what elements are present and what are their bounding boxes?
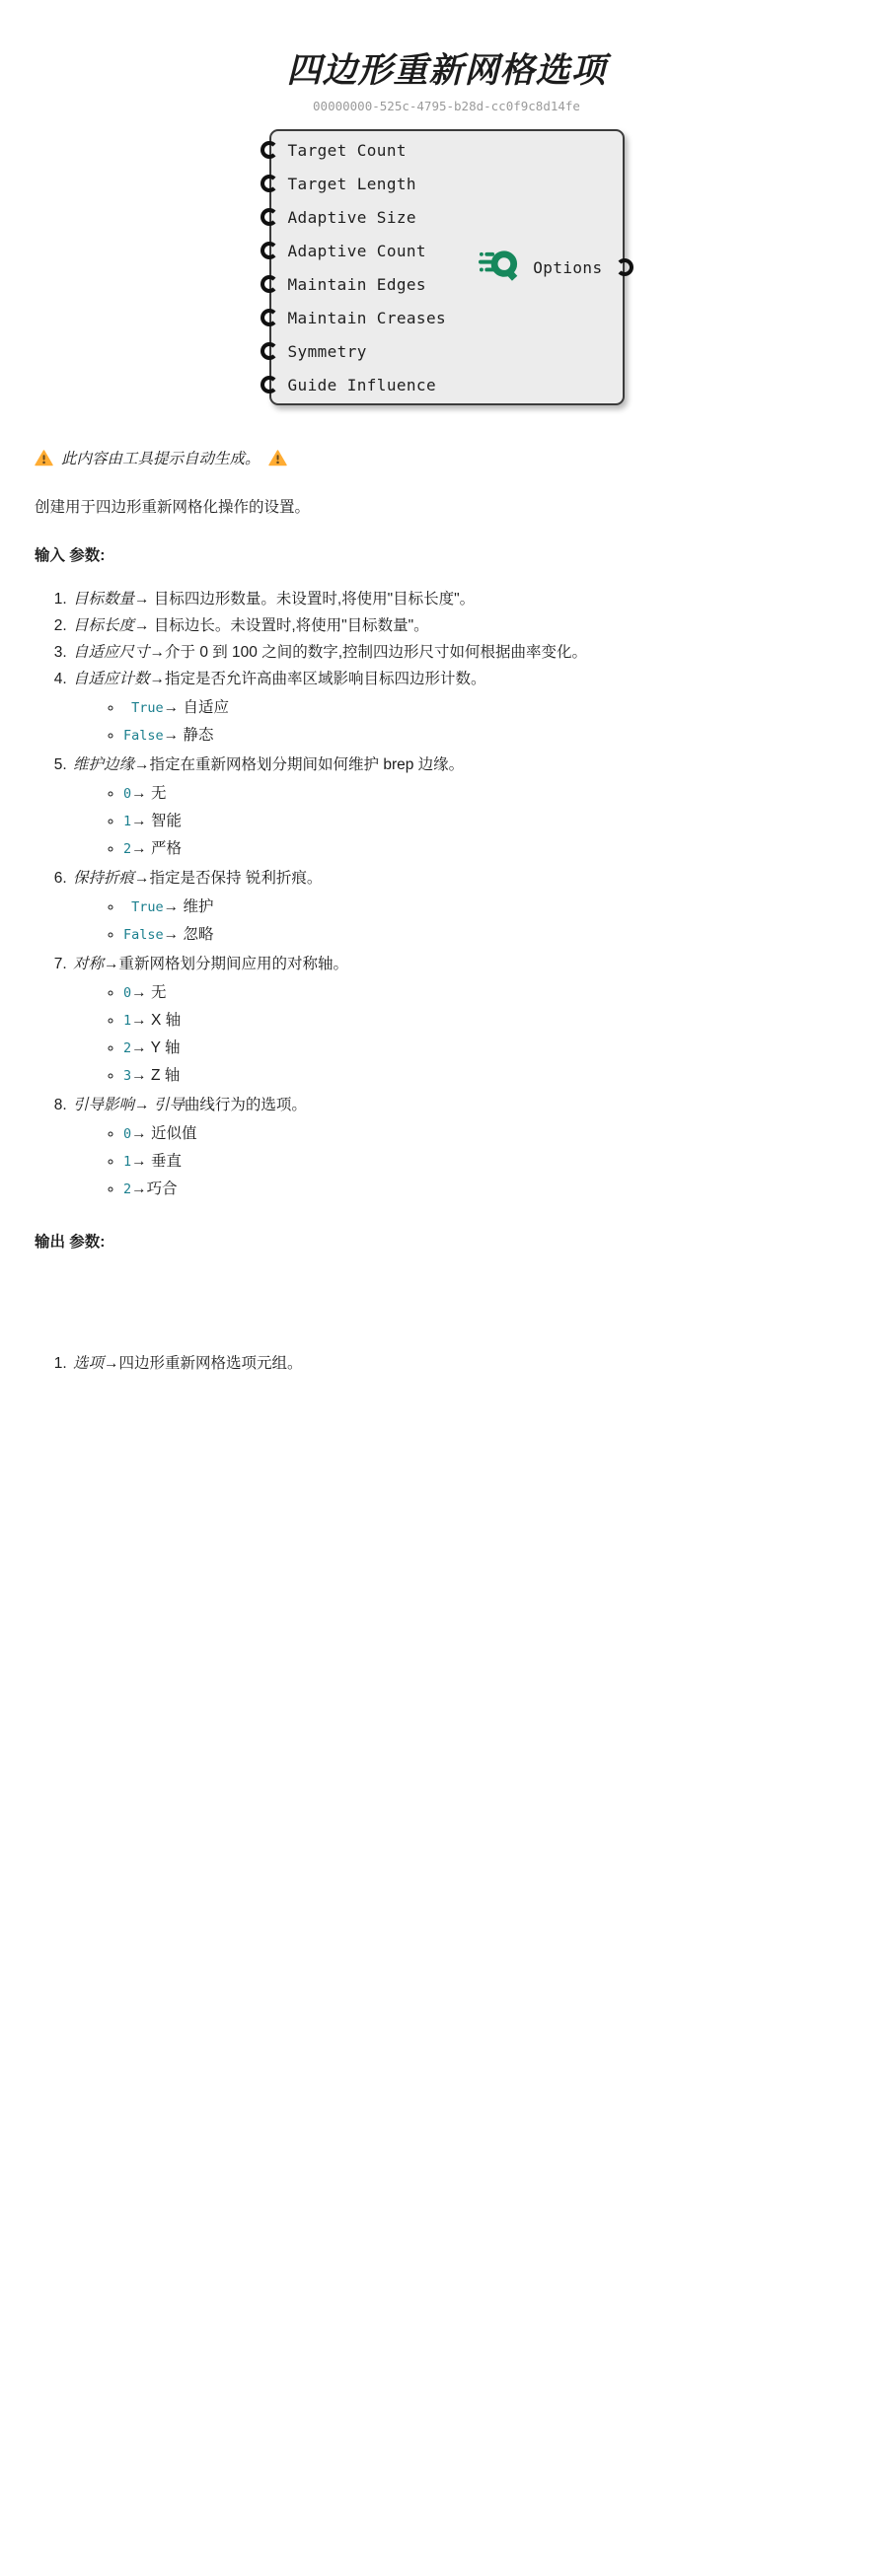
option-value: 1 [123, 814, 131, 829]
node-input-row: Target Count [271, 133, 623, 167]
param-option: 2→ 严格 [123, 835, 858, 863]
node-input-row: Symmetry [271, 334, 623, 368]
inputs-heading-text: 输入 参数: [35, 547, 105, 564]
input-params-list: 目标数量→ 目标四边形数量。未设置时,将使用"目标长度"。目标长度→ 目标边长。… [35, 586, 858, 1203]
option-value: 2 [123, 841, 131, 857]
input-port-label: Maintain Creases [271, 309, 447, 327]
input-param: 保持折痕→指定是否保持 锐利折痕。 True→ 维护False→ 忽略 [71, 865, 858, 949]
option-desc: → 智能 [131, 813, 182, 829]
notice-text: 此内容由工具提示自动生成。 [61, 447, 260, 468]
input-port [260, 376, 278, 394]
param-option: 0→ 近似值 [123, 1120, 858, 1148]
option-value: 3 [123, 1068, 131, 1084]
quadremesh-icon [478, 248, 520, 287]
option-desc: → Y 轴 [131, 1039, 180, 1056]
option-desc: → 严格 [131, 840, 182, 857]
outputs-heading: 输出 参数: [35, 1230, 858, 1252]
param-desc: 曲线行为的选项。 [185, 1097, 307, 1113]
input-port [260, 275, 278, 293]
outputs-heading-text: 输出 参数: [35, 1234, 105, 1251]
title-block: 四边形重新网格选项 00000000-525c-4795-b28d-cc0f9c… [35, 51, 858, 113]
param-name: 自适应计数 [73, 671, 150, 687]
input-port [260, 175, 278, 192]
option-desc: → 静态 [164, 727, 214, 744]
input-param: 对称→重新网格划分期间应用的对称轴。0→ 无1→ X 轴2→ Y 轴3→ Z 轴 [71, 951, 858, 1090]
option-desc: → X 轴 [131, 1012, 181, 1029]
option-desc: → 垂直 [131, 1153, 182, 1170]
input-port-label: Adaptive Count [271, 242, 426, 260]
option-value: True [123, 700, 164, 716]
param-options: 0→ 无1→ X 轴2→ Y 轴3→ Z 轴 [73, 979, 858, 1090]
input-param: 目标数量→ 目标四边形数量。未设置时,将使用"目标长度"。 [71, 586, 858, 612]
node-input-row: Maintain Creases [271, 301, 623, 334]
output-port-label: Options [533, 258, 602, 277]
node-input-row: Target Length [271, 167, 623, 200]
option-value: 2 [123, 1181, 131, 1197]
component-description: 创建用于四边形重新网格化操作的设置。 [35, 495, 858, 517]
option-value: True [123, 899, 164, 915]
option-desc: → Z 轴 [131, 1067, 180, 1084]
input-port-label: Target Count [271, 141, 407, 160]
param-option: 1→ X 轴 [123, 1007, 858, 1035]
param-option: 1→ 智能 [123, 808, 858, 835]
param-desc: →重新网格划分期间应用的对称轴。 [104, 956, 348, 972]
input-port-label: Symmetry [271, 342, 367, 361]
param-name: 选项 [73, 1355, 104, 1372]
param-option: True→ 维护 [123, 894, 858, 921]
input-port-label: Target Length [271, 175, 416, 193]
node-output-side: Options [478, 248, 633, 287]
param-options: True→ 维护False→ 忽略 [73, 894, 858, 949]
param-option: 3→ Z 轴 [123, 1062, 858, 1090]
output-params-list: 选项→四边形重新网格选项元组。 [35, 1350, 858, 1377]
option-desc: → 自适应 [164, 699, 229, 716]
input-param: 自适应尺寸→介于 0 到 100 之间的数字,控制四边形尺寸如何根据曲率变化。 [71, 639, 858, 666]
option-desc: → 无 [131, 984, 166, 1001]
param-option: 0→ 无 [123, 979, 858, 1007]
param-name: 保持折痕 [73, 870, 134, 887]
component-node: Target CountTarget LengthAdaptive SizeAd… [269, 129, 625, 405]
input-port [260, 141, 278, 159]
param-name: 目标数量 [73, 591, 134, 608]
param-option: 2→ Y 轴 [123, 1035, 858, 1062]
input-port-label: Adaptive Size [271, 208, 416, 227]
page-title: 四边形重新网格选项 [35, 51, 858, 91]
inputs-heading: 输入 参数: [35, 543, 858, 565]
node-input-row: Guide Influence [271, 368, 623, 401]
warning-icon [268, 450, 287, 466]
output-port [616, 258, 633, 276]
param-name: 引导影响 [73, 1097, 134, 1113]
param-option: 2→巧合 [123, 1176, 858, 1203]
input-param: 自适应计数→指定是否允许高曲率区域影响目标四边形计数。 True→ 自适应Fal… [71, 666, 858, 750]
param-option: 0→ 无 [123, 780, 858, 808]
param-desc: →四边形重新网格选项元组。 [104, 1355, 303, 1372]
option-desc: → 无 [131, 785, 166, 802]
param-desc: →指定在重新网格划分期间如何维护 brep 边缘。 [134, 756, 464, 773]
input-param: 目标长度→ 目标边长。未设置时,将使用"目标数量"。 [71, 612, 858, 639]
input-param: 引导影响→ 引导曲线行为的选项。0→ 近似值1→ 垂直2→巧合 [71, 1092, 858, 1203]
option-value: 1 [123, 1013, 131, 1029]
option-value: False [123, 728, 164, 744]
option-value: 0 [123, 1126, 131, 1142]
param-name: 目标长度 [73, 617, 134, 634]
param-desc: → 目标四边形数量。未设置时,将使用"目标长度"。 [134, 591, 475, 608]
option-desc: →巧合 [131, 1181, 178, 1197]
option-value: 0 [123, 985, 131, 1001]
param-desc: →指定是否保持 锐利折痕。 [134, 870, 322, 887]
warning-icon [35, 450, 53, 466]
output-param: 选项→四边形重新网格选项元组。 [71, 1350, 858, 1377]
param-desc: → [134, 1097, 154, 1113]
param-options: 0→ 近似值1→ 垂直2→巧合 [73, 1120, 858, 1203]
input-param: 维护边缘→指定在重新网格划分期间如何维护 brep 边缘。0→ 无1→ 智能2→… [71, 751, 858, 863]
input-port-label: Maintain Edges [271, 275, 426, 294]
option-desc: → 维护 [164, 898, 214, 915]
param-name: 自适应尺寸 [73, 644, 150, 661]
option-value: 2 [123, 1040, 131, 1056]
doc-page: 四边形重新网格选项 00000000-525c-4795-b28d-cc0f9c… [0, 51, 893, 1377]
option-value: False [123, 927, 164, 943]
input-port-label: Guide Influence [271, 376, 437, 394]
option-desc: → 近似值 [131, 1125, 196, 1142]
input-port [260, 208, 278, 226]
param-option: 1→ 垂直 [123, 1148, 858, 1176]
node-input-row: Adaptive Size [271, 200, 623, 234]
param-desc: → 目标边长。未设置时,将使用"目标数量"。 [134, 617, 429, 634]
option-desc: → 忽略 [164, 926, 214, 943]
param-name: 维护边缘 [73, 756, 134, 773]
input-port [260, 309, 278, 326]
option-value: 0 [123, 786, 131, 802]
param-name: 引导 [154, 1097, 185, 1113]
auto-generated-notice: 此内容由工具提示自动生成。 [35, 447, 858, 468]
param-options: 0→ 无1→ 智能2→ 严格 [73, 780, 858, 863]
param-option: False→ 忽略 [123, 921, 858, 949]
input-port [260, 342, 278, 360]
input-port [260, 242, 278, 259]
param-desc: →介于 0 到 100 之间的数字,控制四边形尺寸如何根据曲率变化。 [150, 644, 588, 661]
component-uuid: 00000000-525c-4795-b28d-cc0f9c8d14fe [35, 99, 858, 113]
param-options: True→ 自适应False→ 静态 [73, 694, 858, 750]
param-name: 对称 [73, 956, 104, 972]
param-option: False→ 静态 [123, 722, 858, 750]
param-desc: →指定是否允许高曲率区域影响目标四边形计数。 [150, 671, 486, 687]
option-value: 1 [123, 1154, 131, 1170]
param-option: True→ 自适应 [123, 694, 858, 722]
